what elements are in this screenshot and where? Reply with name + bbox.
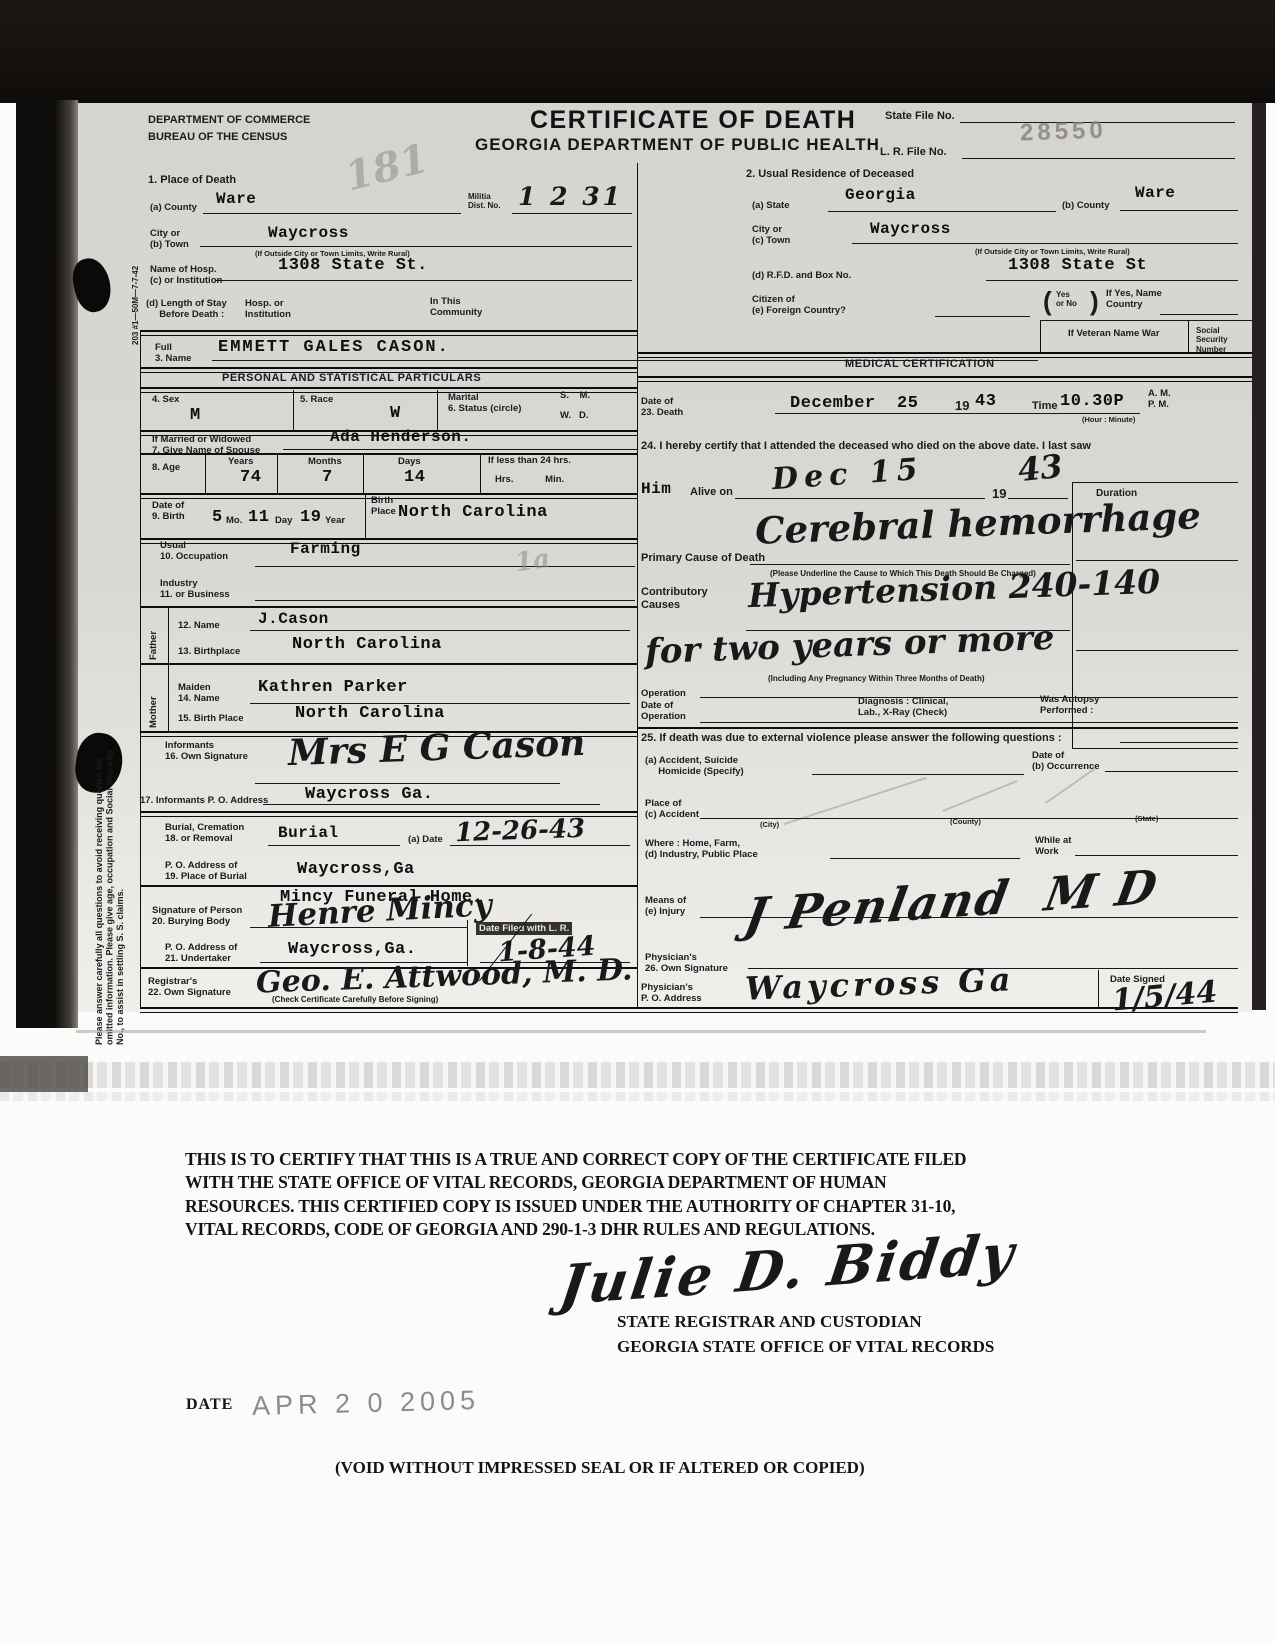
hospital-value: 1308 State St.	[278, 256, 428, 275]
divider	[1120, 742, 1238, 743]
birthplace-value: North Carolina	[398, 503, 548, 522]
hospital-label: Name of Hosp. (c) or Institution	[150, 264, 222, 286]
divider	[140, 885, 637, 887]
violence-statement: 25. If death was due to external violenc…	[641, 732, 1062, 745]
scan-black-band-left	[16, 100, 78, 1028]
date-label: DATE	[186, 1396, 233, 1414]
city-paren-note: (City)	[760, 821, 779, 830]
city-label: City or (b) Town	[150, 228, 189, 250]
divider	[1075, 855, 1238, 856]
age-days-value: 14	[404, 468, 425, 487]
father-birthplace-label: 13. Birthplace	[178, 646, 240, 657]
mother-name-label: Maiden 14. Name	[178, 682, 220, 704]
informant-signature-label: Informants 16. Own Signature	[165, 740, 248, 762]
divider	[512, 213, 632, 214]
divider	[637, 727, 1238, 729]
militia-dist-label: Militia Dist. No.	[468, 192, 500, 211]
divider	[140, 606, 637, 608]
county-value: Ware	[216, 190, 256, 208]
scanned-death-certificate: 203 #1—50M—7-7-42 Please answer carefull…	[0, 0, 1275, 1644]
burying-signature-label: Signature of Person 20. Burying Body	[152, 905, 242, 927]
divider	[852, 243, 1238, 244]
am-pm-label: A. M. P. M.	[1148, 388, 1171, 410]
divider	[283, 449, 637, 450]
informant-address-label: 17. Informants P. O. Address	[140, 795, 268, 806]
death-year-pre: 19	[955, 398, 969, 413]
registrar-office: GEORGIA STATE OFFICE OF VITAL RECORDS	[617, 1337, 994, 1357]
undertaker-address-value: Waycross,Ga.	[288, 940, 416, 959]
column-divider	[637, 163, 638, 1008]
full-name-label: Full 3. Name	[155, 342, 191, 364]
burial-date-value: 12-26-43	[455, 816, 586, 847]
autopsy-label: Was Autopsy Performed :	[1040, 694, 1099, 716]
marital-options-wd: W. D.	[560, 410, 589, 421]
divider	[268, 845, 400, 846]
divider	[1188, 320, 1189, 354]
full-name-value: EMMETT GALES CASON.	[218, 338, 450, 357]
paren-open: (	[1043, 286, 1052, 317]
margin-instructions-vertical: Please answer carefully all questions to…	[94, 405, 126, 1045]
divider	[363, 453, 364, 493]
state-file-no-stamp: 28550	[1020, 116, 1108, 147]
contributory-label: Contributory Causes	[641, 586, 708, 612]
divider	[140, 1007, 1238, 1013]
physician-address-label: Physician's P. O. Address	[641, 982, 702, 1004]
void-notice: (VOID WITHOUT IMPRESSED SEAL OR IF ALTER…	[335, 1458, 865, 1478]
death-year-value: 43	[975, 392, 996, 411]
date-of-operation-label: Date of Operation	[641, 700, 686, 722]
burial-value: Burial	[278, 824, 339, 842]
divider	[1105, 771, 1238, 772]
divider	[250, 927, 467, 928]
paper-edge-shadow	[76, 1030, 1206, 1033]
physician-address-value: Waycross Ga	[745, 963, 1015, 1004]
state-file-no-label: State File No.	[885, 110, 955, 123]
res-city-label: City or (c) Town	[752, 224, 790, 246]
him-value: Him	[641, 480, 671, 498]
informant-address-value: Waycross Ga.	[305, 785, 433, 804]
divider	[450, 845, 630, 846]
date-occurrence-label: Date of (b) Occurrence	[1032, 750, 1100, 772]
mother-birthplace-value: North Carolina	[295, 704, 445, 723]
date-received-stamp: APR 2 0 2005	[252, 1385, 481, 1422]
divider	[263, 804, 600, 805]
birthplace-label: Birth Place	[371, 495, 396, 517]
pencil-mark: 1a	[513, 546, 551, 577]
divider	[750, 564, 1070, 565]
marital-options-sm: S. M.	[560, 390, 590, 401]
mother-birthplace-label: 15. Birth Place	[178, 713, 243, 724]
certificate-subtitle: GEORGIA DEPARTMENT OF PUBLIC HEALTH	[475, 135, 880, 155]
age-days-label: Days	[398, 456, 421, 467]
date-signed-value: 1/5/44	[1111, 977, 1219, 1016]
dept-of-commerce: DEPARTMENT OF COMMERCE BUREAU OF THE CEN…	[148, 112, 310, 145]
registrar-note: (Check Certificate Carefully Before Sign…	[272, 995, 438, 1004]
informant-signature: Mrs E G Cason	[287, 725, 585, 771]
divider	[828, 211, 1056, 212]
divider	[1098, 970, 1099, 1008]
divider	[277, 453, 278, 493]
county-label: (a) County	[150, 202, 197, 213]
divider	[140, 663, 637, 665]
hour-minute-note: (Hour : Minute)	[1082, 416, 1135, 425]
divider	[168, 606, 169, 663]
race-value: W	[390, 404, 401, 423]
divider	[986, 280, 1238, 281]
while-at-work-label: While at Work	[1035, 835, 1071, 857]
divider	[1120, 210, 1238, 211]
age-label: 8. Age	[152, 462, 180, 473]
divider	[700, 697, 1238, 698]
father-name-value: J.Cason	[258, 610, 329, 628]
birth-month-label: Mo.	[226, 515, 242, 526]
res-county-label: (b) County	[1062, 200, 1110, 211]
time-label: Time	[1032, 400, 1057, 413]
birth-year-value: 19	[300, 508, 321, 527]
alive-year-pre: 19	[992, 486, 1006, 501]
res-state-label: (a) State	[752, 200, 789, 211]
father-side-label: Father	[148, 612, 159, 660]
diagnosis-label: Diagnosis : Clinical, Lab., X-Ray (Check…	[858, 696, 948, 718]
divider	[812, 774, 1024, 775]
divider	[480, 453, 481, 493]
divider	[1072, 748, 1238, 749]
birth-month-value: 5	[212, 508, 223, 527]
scan-black-band-right	[1252, 103, 1266, 1010]
mother-side-label: Mother	[148, 670, 159, 728]
divider	[255, 566, 635, 567]
date-of-birth-label: Date of 9. Birth	[152, 500, 185, 522]
operation-label: Operation	[641, 688, 686, 699]
hrs-min-label: Hrs. Min.	[495, 474, 564, 485]
undertaker-address-label: P. O. Address of 21. Undertaker	[165, 942, 237, 964]
sex-label: 4. Sex	[152, 394, 179, 405]
divider	[293, 390, 294, 430]
date-of-death-label: Date of 23. Death	[641, 396, 683, 418]
divider	[735, 498, 985, 499]
rfd-value: 1308 State St	[1008, 256, 1147, 275]
citizen-label: Citizen of (e) Foreign Country?	[752, 294, 846, 316]
lr-file-no-label: L. R. File No.	[880, 146, 947, 159]
burial-label: Burial, Cremation 18. or Removal	[165, 822, 244, 844]
scan-noise-strip	[0, 1062, 1275, 1088]
birth-year-label: Year	[325, 515, 345, 526]
sex-value: M	[190, 406, 201, 425]
burial-address-value: Waycross,Ga	[297, 860, 415, 879]
divider	[700, 722, 1238, 723]
divider	[168, 663, 169, 731]
divider	[1160, 314, 1238, 315]
rfd-label: (d) R.F.D. and Box No.	[752, 270, 851, 281]
age-months-label: Months	[308, 456, 342, 467]
race-label: 5. Race	[300, 394, 333, 405]
divider	[200, 246, 632, 247]
occupation-value: Farming	[290, 540, 361, 558]
primary-cause-label: Primary Cause of Death	[641, 552, 765, 565]
scan-noise-strip	[0, 1092, 1275, 1101]
age-years-value: 74	[240, 468, 261, 487]
divider	[255, 600, 635, 601]
place-of-accident-label: Place of (c) Accident	[645, 798, 699, 820]
father-name-label: 12. Name	[178, 620, 220, 631]
medical-section-header: MEDICAL CERTIFICATION	[845, 358, 995, 371]
marital-label: Marital 6. Status (circle)	[448, 392, 521, 414]
divider	[1040, 320, 1252, 321]
divider	[1072, 482, 1238, 483]
father-birthplace-value: North Carolina	[292, 635, 442, 654]
ssn-label: Social Security Number	[1196, 326, 1250, 354]
state-paren-note: (State)	[1135, 815, 1158, 824]
occupation-label: Usual 10. Occupation	[160, 540, 228, 562]
veteran-label: If Veteran Name War	[1068, 328, 1160, 339]
industry-label: Industry 11. or Business	[160, 578, 230, 600]
place-of-death-title: 1. Place of Death	[148, 174, 236, 187]
divider	[637, 376, 1252, 382]
divider	[365, 493, 366, 538]
stay-community-label: In This Community	[430, 296, 482, 318]
physician-signature-label: Physician's 26. Own Signature	[645, 952, 728, 974]
divider	[775, 413, 1140, 414]
res-city-value: Waycross	[870, 220, 951, 238]
residence-title: 2. Usual Residence of Deceased	[746, 168, 914, 181]
pregnancy-note: (Including Any Pregnancy Within Three Mo…	[768, 674, 985, 683]
where-label: Where : Home, Farm, (d) Industry, Public…	[645, 838, 758, 860]
less-than-24hrs-label: If less than 24 hrs.	[488, 455, 571, 466]
divider	[1076, 650, 1238, 651]
accident-suicide-label: (a) Accident, Suicide Homicide (Specify)	[645, 755, 744, 777]
alive-on-label: Alive on	[690, 486, 733, 499]
county-paren-note: (County)	[950, 818, 981, 827]
res-state-value: Georgia	[845, 186, 916, 204]
means-of-injury-label: Means of (e) Injury	[645, 895, 686, 917]
divider	[962, 158, 1235, 159]
citizen-yes-no: Yes or No	[1056, 290, 1077, 309]
form-code-vertical: 203 #1—50M—7-7-42	[131, 185, 140, 345]
divider	[255, 783, 560, 784]
mother-name-value: Kathren Parker	[258, 678, 408, 697]
divider	[203, 213, 461, 214]
militia-dist-value: 1 2 31	[518, 184, 623, 209]
registrar-signature-label: Registrar's 22. Own Signature	[148, 976, 231, 998]
birth-day-value: 11	[248, 508, 269, 527]
age-years-label: Years	[228, 456, 253, 467]
res-county-value: Ware	[1135, 184, 1175, 202]
burial-address-label: P. O. Address of 19. Place of Burial	[165, 860, 247, 882]
age-months-value: 7	[322, 468, 333, 487]
divider	[215, 280, 632, 281]
certificate-title: CERTIFICATE OF DEATH	[530, 106, 856, 135]
city-value: Waycross	[268, 224, 349, 242]
alive-year-value: 43	[1016, 450, 1064, 486]
personal-section-header: PERSONAL AND STATISTICAL PARTICULARS	[222, 372, 481, 385]
citizen-note: If Yes, Name Country	[1106, 288, 1162, 310]
divider	[1076, 560, 1238, 561]
burial-date-label: (a) Date	[408, 834, 443, 845]
paren-close: )	[1090, 286, 1099, 317]
certify-statement: 24. I hereby certify that I attended the…	[641, 440, 1211, 453]
death-date-value: December 25	[790, 394, 918, 413]
stay-hospital-label: Hosp. or Institution	[245, 298, 291, 320]
divider	[205, 453, 206, 493]
divider	[437, 390, 438, 430]
registrar-title: STATE REGISTRAR AND CUSTODIAN	[617, 1312, 922, 1332]
spouse-value: Ada Henderson.	[330, 428, 471, 446]
divider	[935, 316, 1030, 317]
birth-day-label: Day	[275, 515, 292, 526]
divider	[1040, 320, 1041, 354]
length-of-stay-label: (d) Length of Stay Before Death :	[146, 298, 227, 320]
scan-noise-block	[0, 1056, 88, 1092]
scan-black-band-top	[0, 0, 1275, 103]
divider	[830, 858, 1020, 859]
divider	[250, 630, 630, 631]
divider	[140, 330, 637, 336]
death-time-value: 10.30P	[1060, 392, 1124, 411]
